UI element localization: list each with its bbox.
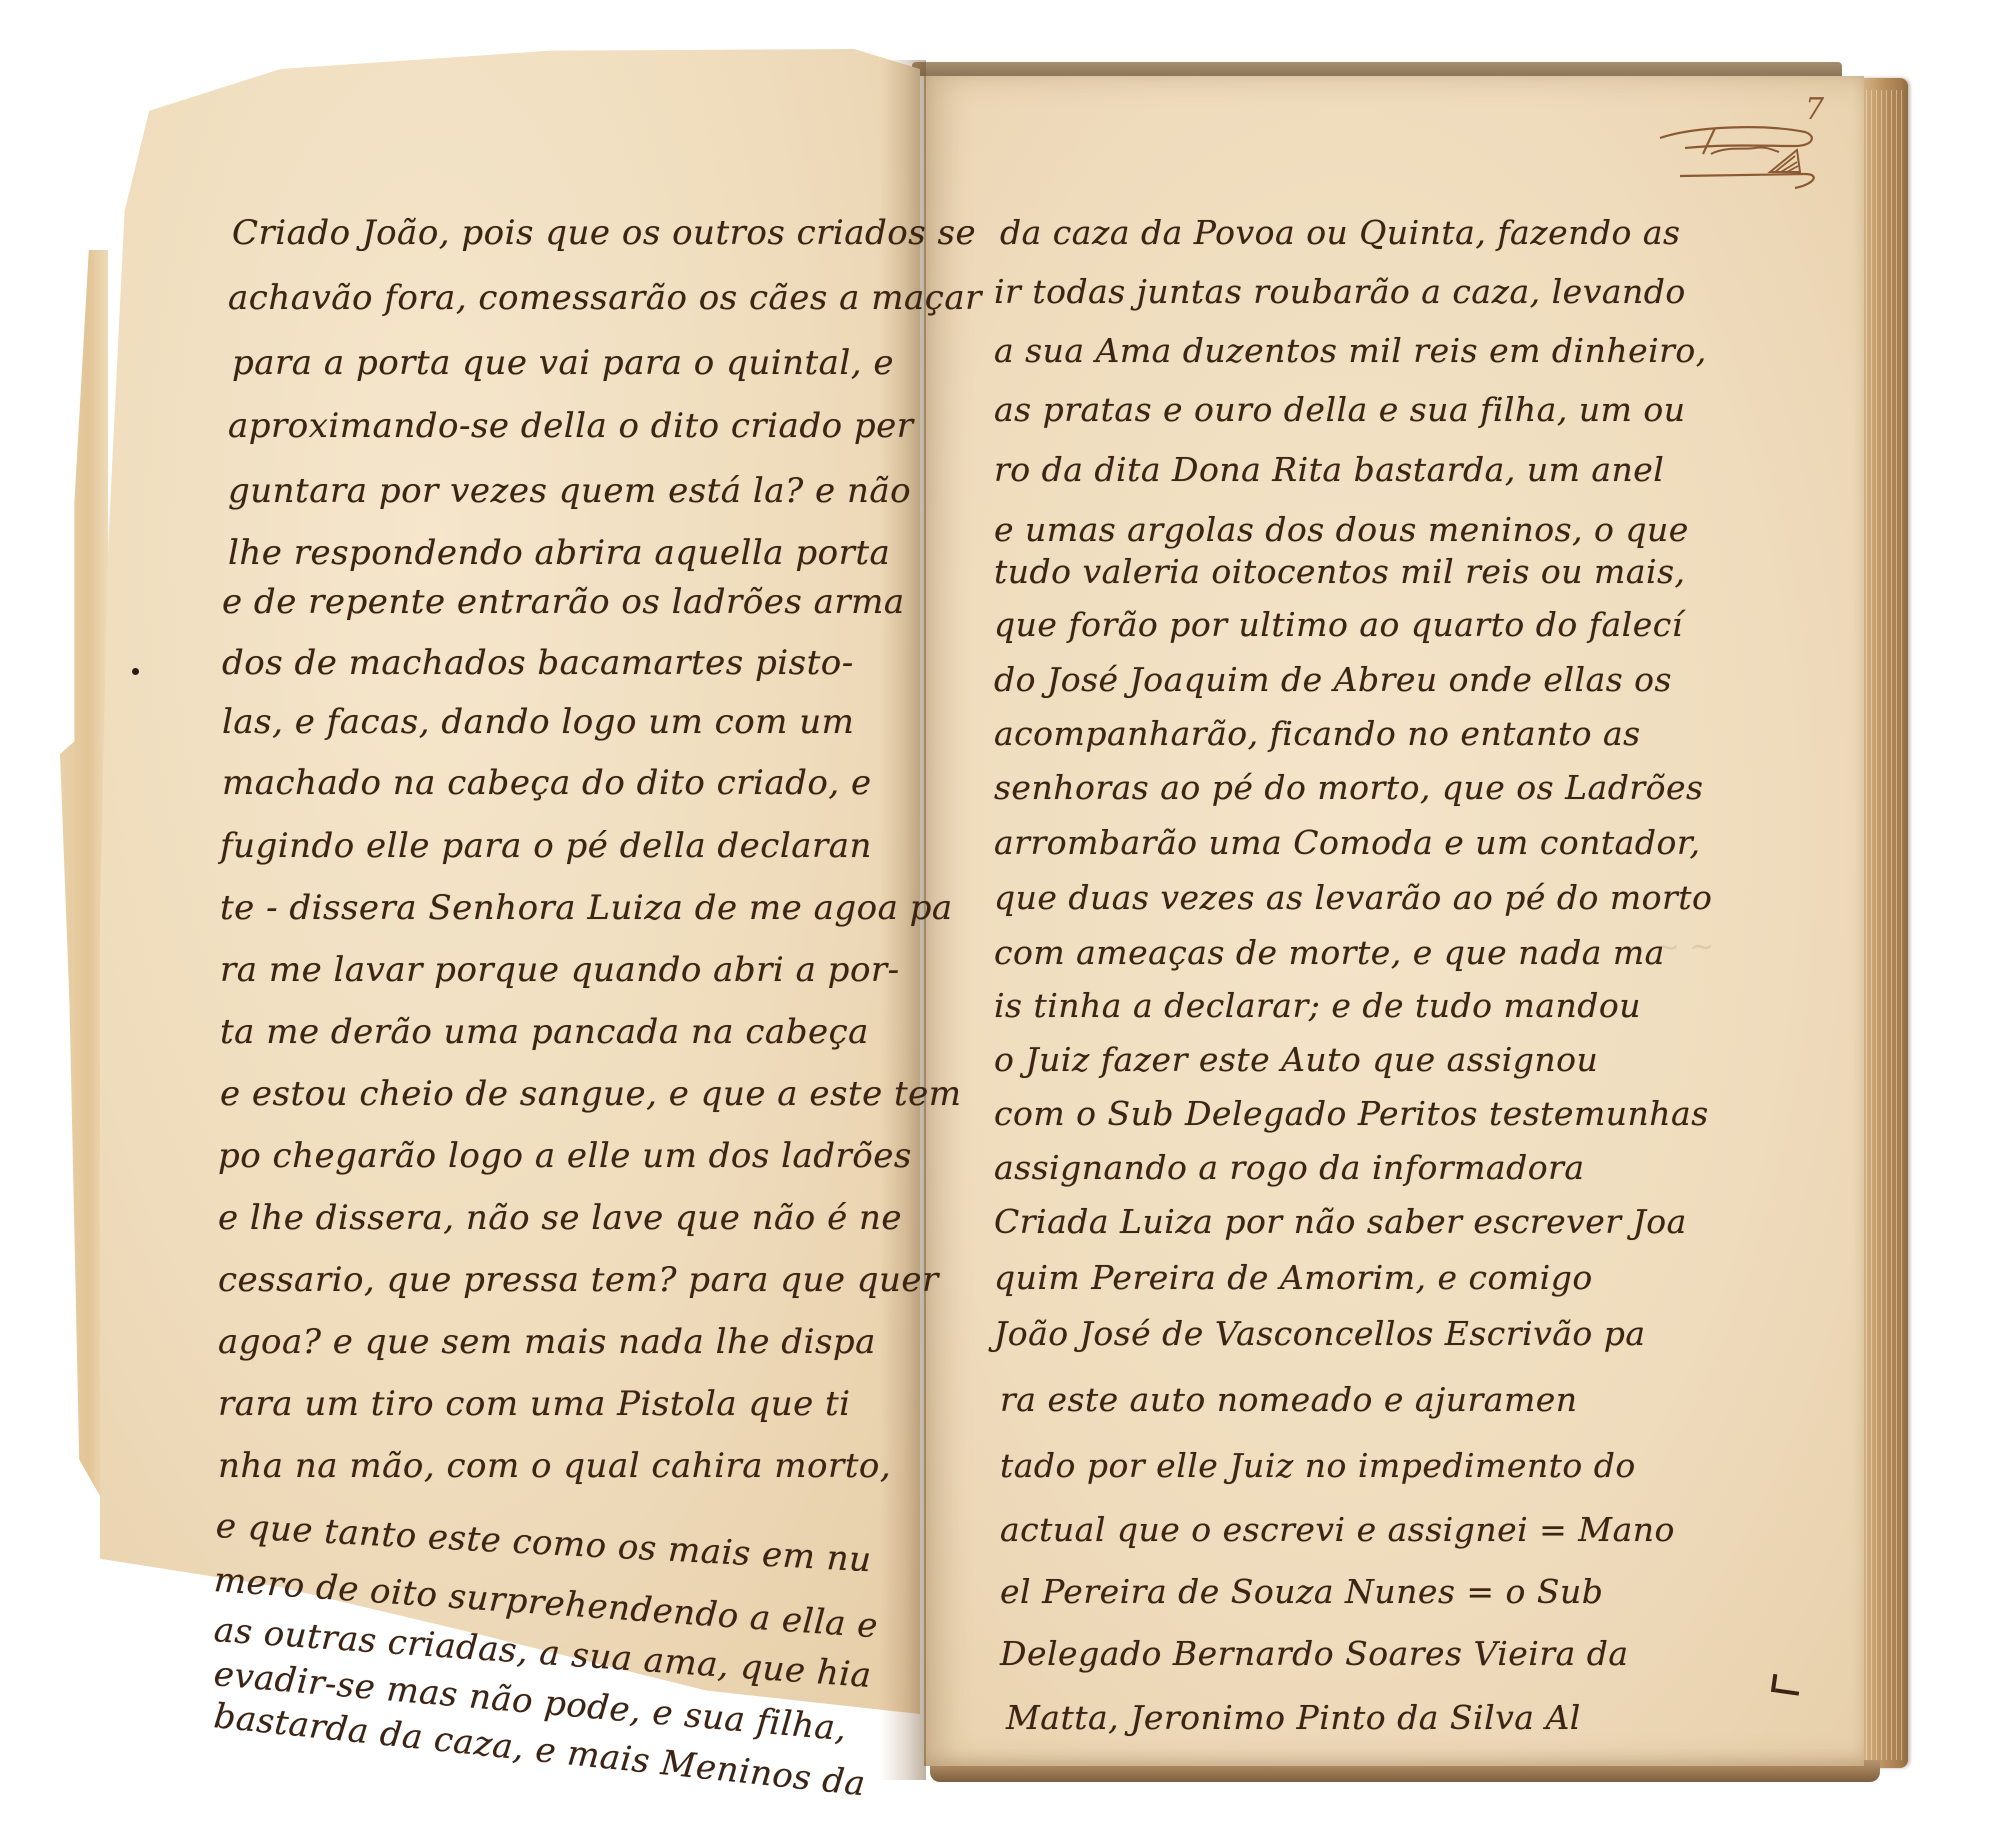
right-line-5: ro da dita Dona Rita bastarda, um anel (994, 450, 1664, 489)
right-line-25: el Pereira de Souza Nunes = o Sub (1000, 1572, 1603, 1611)
left-line-2: achavão fora, comessarão os cães a maçar (228, 278, 982, 318)
right-line-2: ir todas juntas roubarão a caza, levando (994, 272, 1686, 311)
right-line-1: da caza da Povoa ou Quinta, fazendo as (1000, 213, 1680, 252)
left-line-8: dos de machados bacamartes pisto- (222, 643, 854, 683)
left-line-5: guntara por vezes quem está la? e não (228, 471, 911, 511)
top-page-edge (912, 62, 1842, 76)
right-line-17: com o Sub Delegado Peritos testemunhas (994, 1094, 1709, 1133)
left-line-15: e estou cheio de sangue, e que a este te… (220, 1074, 962, 1114)
left-line-17: e lhe dissera, não se lave que não é ne (218, 1198, 902, 1238)
left-line-21: nha na mão, com o qual cahira morto, (218, 1446, 891, 1486)
ink-blot (132, 668, 139, 675)
open-manuscript: ~ ~ ~ Criado João, pois que os outros cr… (0, 0, 2000, 1821)
left-line-19: agoa? e que sem mais nada lhe dispa (218, 1322, 876, 1362)
right-line-20: quim Pereira de Amorim, e comigo (994, 1258, 1593, 1297)
left-line-18: cessario, que pressa tem? para que quer (218, 1260, 939, 1300)
left-line-16: po chegarão logo a elle um dos ladrões (218, 1136, 912, 1176)
right-line-12: arrombarão uma Comoda e um contador, (994, 823, 1701, 862)
left-line-1: Criado João, pois que os outros criados … (232, 213, 976, 253)
right-line-27: Matta, Jeronimo Pinto da Silva Al (1006, 1698, 1581, 1737)
right-line-24: actual que o escrevi e assignei = Mano (1000, 1510, 1675, 1549)
left-line-10: machado na cabeça do dito criado, e (222, 763, 872, 803)
right-line-16: o Juiz fazer este Auto que assignou (994, 1040, 1598, 1079)
right-line-19: Criada Luiza por não saber escrever Joa (994, 1202, 1687, 1241)
right-line-4: as pratas e ouro della e sua filha, um o… (994, 390, 1686, 429)
right-line-11: senhoras ao pé do morto, que os Ladrões (994, 768, 1703, 807)
left-line-13: ra me lavar porque quando abri a por- (220, 950, 900, 990)
right-line-6: e umas argolas dos dous meninos, o que (994, 510, 1689, 549)
right-line-21: João José de Vasconcellos Escrivão pa (994, 1314, 1646, 1353)
right-line-18: assignando a rogo da informadora (994, 1148, 1585, 1187)
right-line-15: is tinha a declarar; e de tudo mandou (994, 986, 1641, 1025)
left-line-11: fugindo elle para o pé della declaran (220, 826, 872, 866)
right-line-7: tudo valeria oitocentos mil reis ou mais… (994, 552, 1686, 591)
left-line-6: lhe respondendo abrira aquella porta (228, 533, 890, 573)
right-line-26: Delegado Bernardo Soares Vieira da (1000, 1634, 1629, 1673)
left-line-14: ta me derão uma pancada na cabeça (220, 1012, 869, 1052)
right-line-22: ra este auto nomeado e ajuramen (1000, 1380, 1578, 1419)
right-line-14: com ameaças de morte, e que nada ma (994, 933, 1665, 972)
left-line-7: e de repente entrarão os ladrões arma (222, 582, 905, 622)
right-line-3: a sua Ama duzentos mil reis em dinheiro, (994, 331, 1707, 370)
page-stack-lines (1866, 90, 1902, 1760)
left-line-3: para a porta que vai para o quintal, e (232, 343, 894, 383)
left-line-12: te - dissera Senhora Luiza de me agoa pa (220, 888, 953, 928)
rubric-signature-icon (1655, 120, 1825, 195)
left-line-4: aproximando-se della o dito criado per (228, 406, 914, 446)
left-line-9: las, e facas, dando logo um com um (222, 702, 854, 742)
right-line-13: que duas vezes as levarão ao pé do morto (994, 878, 1712, 917)
right-line-10: acompanharão, ficando no entanto as (994, 714, 1641, 753)
right-line-8: que forão por ultimo ao quarto do falecí (994, 605, 1683, 644)
right-line-9: do José Joaquim de Abreu onde ellas os (994, 660, 1672, 699)
left-line-20: rara um tiro com uma Pistola que ti (218, 1384, 851, 1424)
right-line-23: tado por elle Juiz no impedimento do (1000, 1446, 1636, 1485)
